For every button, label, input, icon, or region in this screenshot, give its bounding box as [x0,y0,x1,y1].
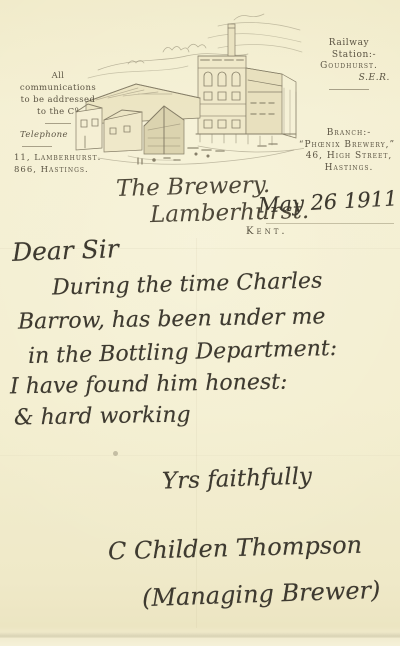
divider-rule [22,146,52,147]
signature: C Childen Thompson [108,531,363,566]
branch-label: Branch:- [302,128,396,140]
handwritten-date: May 26 1911 [257,186,397,217]
letterhead-branch-block: Branch:- “Phœnix Brewery,” 46, High Stre… [302,128,396,174]
letterhead-railway-block: Railway Station:- Goudhurst. S.E.R. [302,38,396,95]
divider-rule [45,123,71,124]
branch-name: “Phœnix Brewery,” [292,140,400,152]
railway-company: S.E.R. [302,73,396,85]
railway-line: Railway [302,38,396,50]
letterhead-left-block: All communications to be addressed to th… [6,70,110,176]
address-line-brewery: The Brewery. [116,172,271,202]
railway-station: Goudhurst. [302,61,396,73]
body-line: in the Bottling Department: [28,336,338,369]
salutation: Dear Sir [12,234,120,267]
notice-line: communications [6,82,110,94]
telephone-number: 11, Lamberhurst. [6,152,110,164]
ink-speck [113,451,118,456]
closing: Yrs faithfully [162,463,313,494]
body-line: During the time Charles [52,268,323,300]
body-line: I have found him honest: [10,370,288,400]
address-county: Kent. [246,226,288,237]
branch-street: 46, High Street, [302,151,396,163]
telephone-number: 866, Hastings. [6,164,110,176]
divider-rule [329,89,369,90]
branch-town: Hastings. [302,163,396,175]
notice-line: to the Cº [6,106,110,118]
telephone-label: Telephone [6,129,110,141]
signer-title: (Managing Brewer) [142,576,381,612]
body-line: & hard working [14,402,191,430]
railway-line: Station:- [302,50,396,62]
body-line: Barrow, has been under me [18,304,326,334]
letter-page: All communications to be addressed to th… [0,0,400,646]
notice-line: to be addressed [6,94,110,106]
notice-line: All [6,70,110,82]
date-rule [266,223,394,224]
horizontal-fold-crease [0,455,400,456]
